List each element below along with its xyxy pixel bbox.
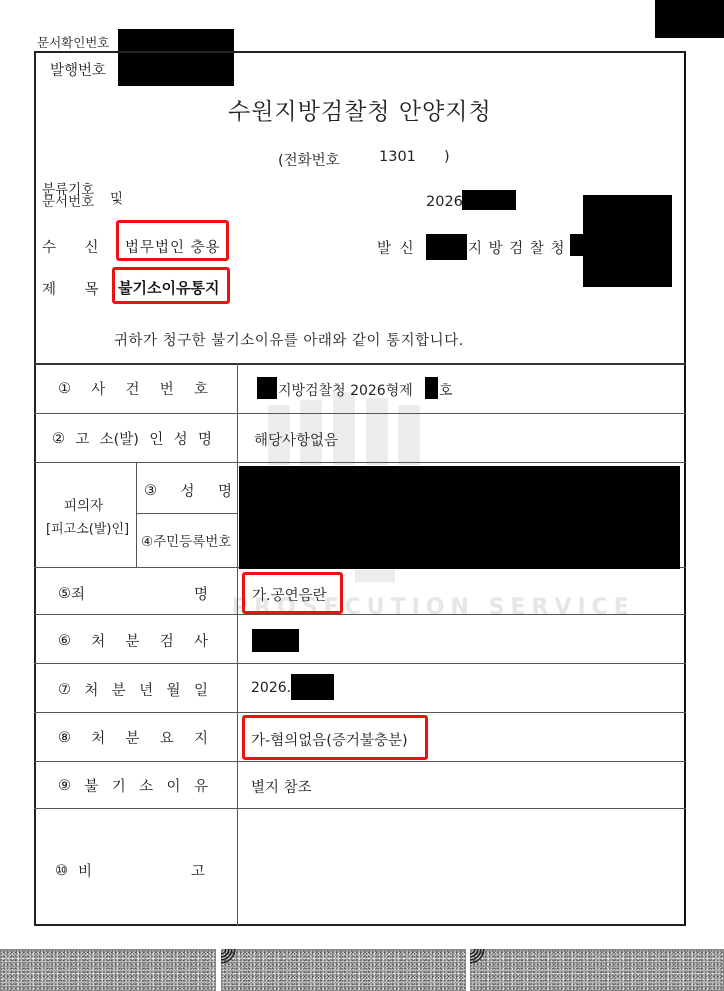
redaction-sender-tail — [570, 234, 584, 256]
classification-label: 분류기호 문서번호 — [42, 184, 94, 208]
row-reason-label: ⑨불기소이유 — [58, 775, 208, 796]
issue-number-label: 발행번호 — [50, 59, 106, 80]
redaction-suspect-info — [239, 466, 680, 569]
reason-value: 별지 참조 — [251, 776, 312, 797]
sender-label: 발 신 — [377, 237, 416, 258]
phone-label: (전화번호 — [278, 149, 340, 170]
redaction-date — [462, 190, 516, 210]
row-suspect-id-label: ④주민등록번호 — [141, 530, 231, 550]
row-case-number-label: ①사건번호 — [58, 378, 208, 399]
doc-confirm-number-label: 문서확인번호 — [37, 33, 109, 51]
suspect-group-divider — [136, 462, 137, 567]
redaction-case-office — [257, 377, 277, 399]
row-disposition-date-label: ⑦처분년월일 — [58, 679, 208, 700]
subject-highlight-box — [112, 267, 230, 304]
redaction-seal — [583, 195, 672, 287]
case-number-value: 지방검찰청 2026형제 — [278, 380, 413, 400]
redaction-case-number — [425, 377, 438, 399]
row-complainant-label: ②고소(발)인성명 — [52, 428, 212, 449]
redaction-top-right — [655, 0, 724, 38]
suspect-group-label: 피의자 — [64, 494, 103, 514]
row-prosecutor-label: ⑥처분검사 — [58, 630, 208, 651]
intro-sentence: 귀하가 청구한 불기소이유를 아래와 같이 통지합니다. — [114, 329, 464, 350]
redaction-disposition-date — [291, 674, 334, 700]
redaction-sender-region — [426, 234, 467, 260]
charge-highlight-box — [242, 572, 343, 614]
security-pattern-strip-3 — [470, 949, 724, 991]
redaction-prosecutor — [252, 629, 299, 652]
complainant-value: 해당사항없음 — [254, 429, 338, 450]
classification-and: 및 — [110, 187, 123, 207]
phone-close: ) — [444, 149, 450, 165]
disposition-date-value: 2026. — [251, 680, 291, 696]
security-pattern-strip-2 — [221, 949, 466, 991]
table-value-divider — [237, 363, 238, 926]
disposition-summary-highlight-box — [242, 715, 428, 760]
suspect-group-sublabel: [피고소(발)인] — [46, 518, 129, 537]
sender-value: 지 방 검 찰 청 — [468, 237, 565, 258]
document-title: 수원지방검찰청 안양지청 — [228, 93, 492, 126]
recipient-label: 수 신 — [42, 236, 100, 257]
case-number-suffix: 호 — [439, 380, 453, 400]
table-top-border — [34, 363, 686, 365]
phone-number: 1301 — [379, 149, 416, 165]
row-suspect-name-label: ③성명 — [144, 480, 232, 501]
row-charge-label: ⑤죄명 — [58, 583, 208, 604]
subject-label: 제 목 — [42, 278, 100, 299]
recipient-highlight-box — [116, 220, 229, 261]
row-disposition-summary-label: ⑧처분요지 — [58, 727, 208, 748]
row-remarks-label: ⑩비고 — [55, 860, 205, 881]
security-pattern-strip-1 — [0, 949, 216, 991]
classification-label-line2: 문서번호 — [42, 196, 94, 208]
